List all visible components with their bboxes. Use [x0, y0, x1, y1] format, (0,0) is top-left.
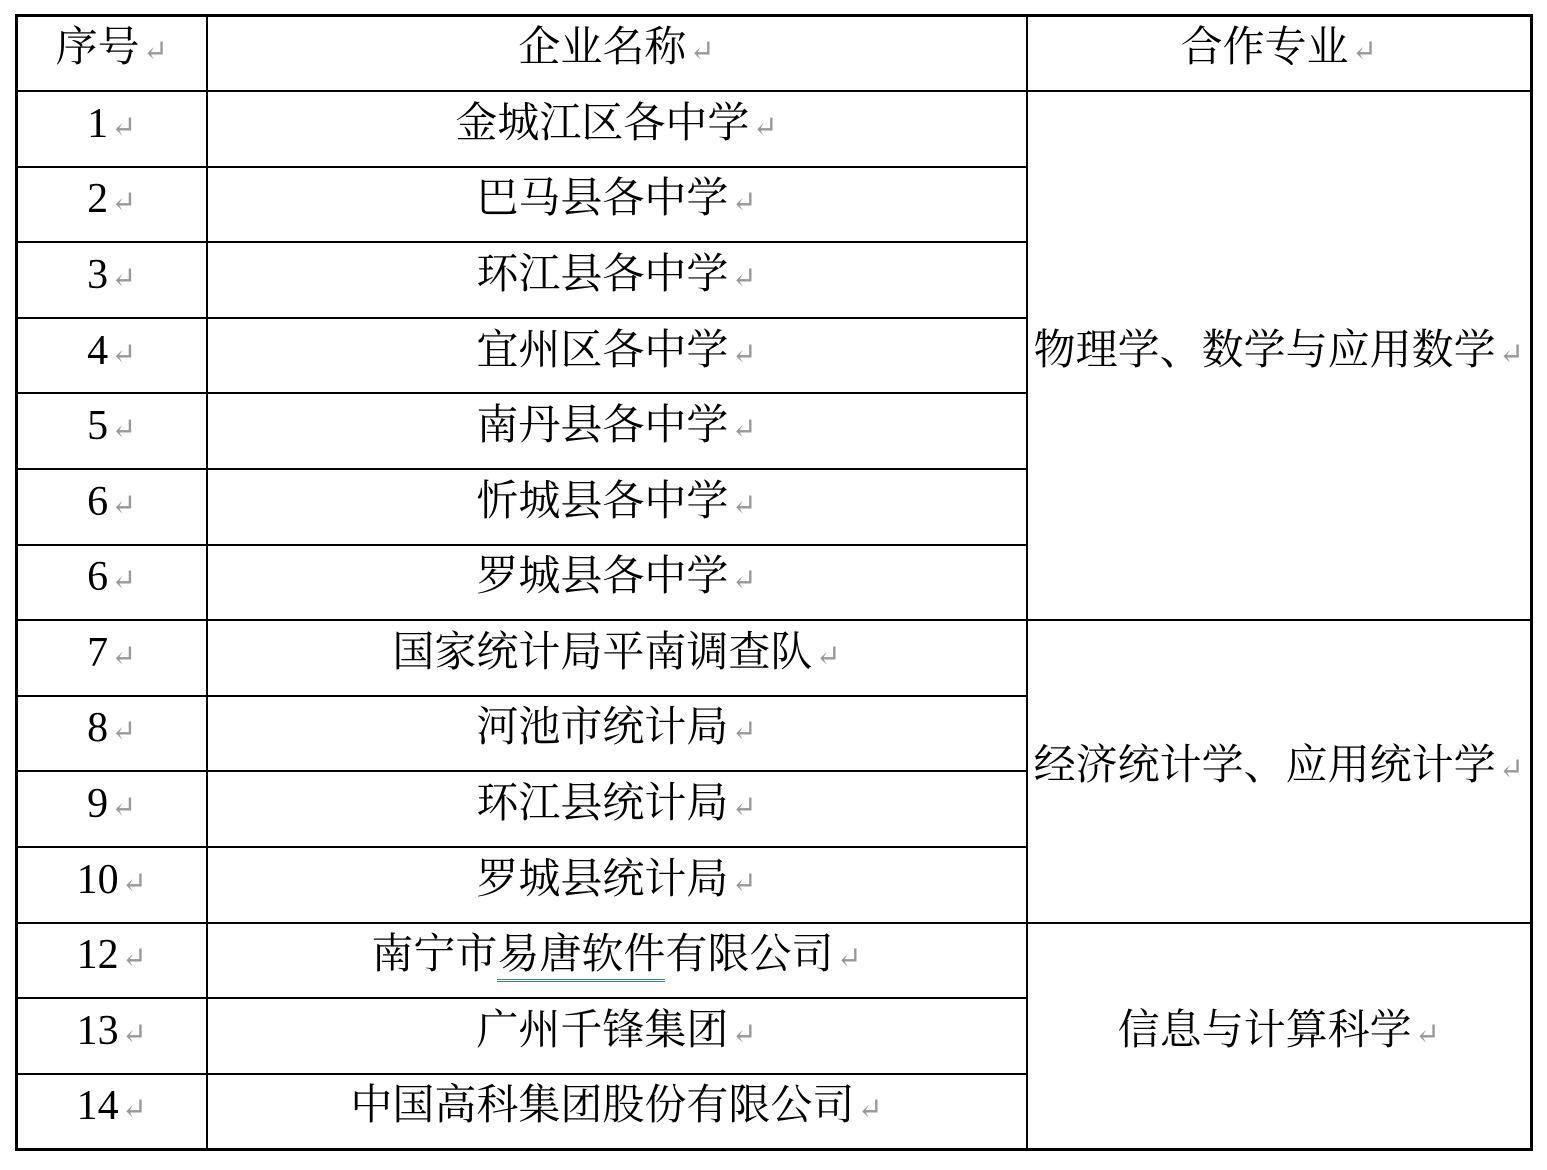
- row-number: 6: [87, 479, 108, 525]
- row-number-cell: 4↵: [17, 318, 207, 394]
- row-number-cell: 9↵: [17, 771, 207, 847]
- paragraph-mark: ↵: [111, 640, 136, 673]
- company-name-cell: 南丹县各中学↵: [207, 393, 1027, 469]
- company-name-cell: 国家统计局平南调查队↵: [207, 620, 1027, 696]
- paragraph-mark: ↵: [731, 186, 756, 219]
- company-name: 宜州区各中学: [476, 328, 728, 374]
- header-company-label: 企业名称: [518, 25, 686, 71]
- row-number: 14: [77, 1083, 119, 1129]
- paragraph-mark: ↵: [731, 867, 756, 900]
- header-major: 合作专业↵: [1027, 16, 1532, 92]
- row-number: 1: [87, 101, 108, 147]
- company-name: 环江县统计局: [476, 781, 728, 827]
- company-name-cell: 中国高科集团股份有限公司↵: [207, 1074, 1027, 1150]
- major-cell: 经济统计学、应用统计学↵: [1027, 620, 1532, 922]
- row-number-cell: 10↵: [17, 847, 207, 923]
- paragraph-mark: ↵: [1499, 338, 1524, 371]
- paragraph-mark: ↵: [731, 791, 756, 824]
- header-major-label: 合作专业: [1181, 25, 1349, 71]
- table-row: 1↵ 金城江区各中学↵ 物理学、数学与应用数学↵: [17, 91, 1532, 167]
- paragraph-mark: ↵: [122, 867, 147, 900]
- row-number-cell: 13↵: [17, 998, 207, 1074]
- major-name: 经济统计学、应用统计学: [1034, 743, 1496, 789]
- company-name-cell: 环江县各中学↵: [207, 242, 1027, 318]
- paragraph-mark: ↵: [122, 1018, 147, 1051]
- paragraph-mark: ↵: [731, 262, 756, 295]
- paragraph-mark: ↵: [1352, 35, 1377, 68]
- header-serial-number: 序号↵: [17, 16, 207, 92]
- company-name-cell: 宜州区各中学↵: [207, 318, 1027, 394]
- paragraph-mark: ↵: [731, 338, 756, 371]
- row-number-cell: 2↵: [17, 167, 207, 243]
- company-name: 罗城县统计局: [476, 857, 728, 903]
- company-name-underlined: 易唐软件: [497, 932, 665, 982]
- row-number-cell: 6↵: [17, 469, 207, 545]
- row-number: 3: [87, 252, 108, 298]
- company-name-cell: 罗城县各中学↵: [207, 545, 1027, 621]
- row-number: 2: [87, 176, 108, 222]
- row-number-cell: 8↵: [17, 696, 207, 772]
- paragraph-mark: ↵: [111, 262, 136, 295]
- paragraph-mark: ↵: [111, 489, 136, 522]
- major-name: 物理学、数学与应用数学: [1034, 328, 1496, 374]
- row-number: 7: [87, 630, 108, 676]
- row-number: 12: [77, 932, 119, 978]
- paragraph-mark: ↵: [731, 715, 756, 748]
- header-company-name: 企业名称↵: [207, 16, 1027, 92]
- paragraph-mark: ↵: [731, 413, 756, 446]
- company-name-cell: 广州千锋集团↵: [207, 998, 1027, 1074]
- paragraph-mark: ↵: [122, 1093, 147, 1126]
- document-page: 序号↵ 企业名称↵ 合作专业↵ 1↵ 金城江区各中学↵ 物理学、数学与应用数学↵…: [0, 0, 1547, 1170]
- paragraph-mark: ↵: [857, 1093, 882, 1126]
- row-number-cell: 5↵: [17, 393, 207, 469]
- paragraph-mark: ↵: [689, 35, 714, 68]
- company-name: 国家统计局平南调查队: [392, 630, 812, 676]
- row-number: 9: [87, 781, 108, 827]
- paragraph-mark: ↵: [111, 186, 136, 219]
- company-name: 广州千锋集团: [476, 1008, 728, 1054]
- paragraph-mark: ↵: [111, 715, 136, 748]
- company-name-cell: 罗城县统计局↵: [207, 847, 1027, 923]
- paragraph-mark: ↵: [111, 338, 136, 371]
- company-name-cell: 环江县统计局↵: [207, 771, 1027, 847]
- row-number: 5: [87, 403, 108, 449]
- paragraph-mark: ↵: [111, 791, 136, 824]
- paragraph-mark: ↵: [111, 413, 136, 446]
- major-cell: 物理学、数学与应用数学↵: [1027, 91, 1532, 620]
- company-name-suffix: 有限公司: [665, 932, 833, 978]
- paragraph-mark: ↵: [836, 942, 861, 975]
- company-name: 中国高科集团股份有限公司: [350, 1083, 854, 1129]
- company-name-cell: 金城江区各中学↵: [207, 91, 1027, 167]
- row-number-cell: 3↵: [17, 242, 207, 318]
- company-name-prefix: 南宁市: [371, 932, 497, 978]
- company-name: 河池市统计局: [476, 705, 728, 751]
- paragraph-mark: ↵: [731, 1018, 756, 1051]
- company-name-cell: 巴马县各中学↵: [207, 167, 1027, 243]
- row-number-cell: 1↵: [17, 91, 207, 167]
- row-number-cell: 6↵: [17, 545, 207, 621]
- paragraph-mark: ↵: [731, 489, 756, 522]
- cooperation-table: 序号↵ 企业名称↵ 合作专业↵ 1↵ 金城江区各中学↵ 物理学、数学与应用数学↵…: [15, 14, 1533, 1151]
- row-number: 8: [87, 705, 108, 751]
- row-number: 10: [77, 857, 119, 903]
- major-cell: 信息与计算科学↵: [1027, 923, 1532, 1150]
- company-name: 南丹县各中学: [476, 403, 728, 449]
- table-row: 7↵ 国家统计局平南调查队↵ 经济统计学、应用统计学↵: [17, 620, 1532, 696]
- paragraph-mark: ↵: [1415, 1018, 1440, 1051]
- company-name: 罗城县各中学: [476, 554, 728, 600]
- company-name-cell: 河池市统计局↵: [207, 696, 1027, 772]
- paragraph-mark: ↵: [752, 111, 777, 144]
- header-row: 序号↵ 企业名称↵ 合作专业↵: [17, 16, 1532, 92]
- company-name-cell: 南宁市易唐软件有限公司↵: [207, 923, 1027, 999]
- company-name-cell: 忻城县各中学↵: [207, 469, 1027, 545]
- row-number-cell: 7↵: [17, 620, 207, 696]
- major-name: 信息与计算科学: [1118, 1008, 1412, 1054]
- row-number: 6: [87, 554, 108, 600]
- header-serial-label: 序号: [56, 25, 140, 71]
- paragraph-mark: ↵: [143, 35, 168, 68]
- row-number: 4: [87, 328, 108, 374]
- row-number-cell: 14↵: [17, 1074, 207, 1150]
- paragraph-mark: ↵: [731, 564, 756, 597]
- company-name: 环江县各中学: [476, 252, 728, 298]
- paragraph-mark: ↵: [1499, 753, 1524, 786]
- company-name: 忻城县各中学: [476, 479, 728, 525]
- paragraph-mark: ↵: [122, 942, 147, 975]
- paragraph-mark: ↵: [111, 564, 136, 597]
- company-name: 巴马县各中学: [476, 176, 728, 222]
- table-row: 12↵ 南宁市易唐软件有限公司↵ 信息与计算科学↵: [17, 923, 1532, 999]
- paragraph-mark: ↵: [111, 111, 136, 144]
- row-number: 13: [77, 1008, 119, 1054]
- company-name: 金城江区各中学: [455, 101, 749, 147]
- row-number-cell: 12↵: [17, 923, 207, 999]
- paragraph-mark: ↵: [815, 640, 840, 673]
